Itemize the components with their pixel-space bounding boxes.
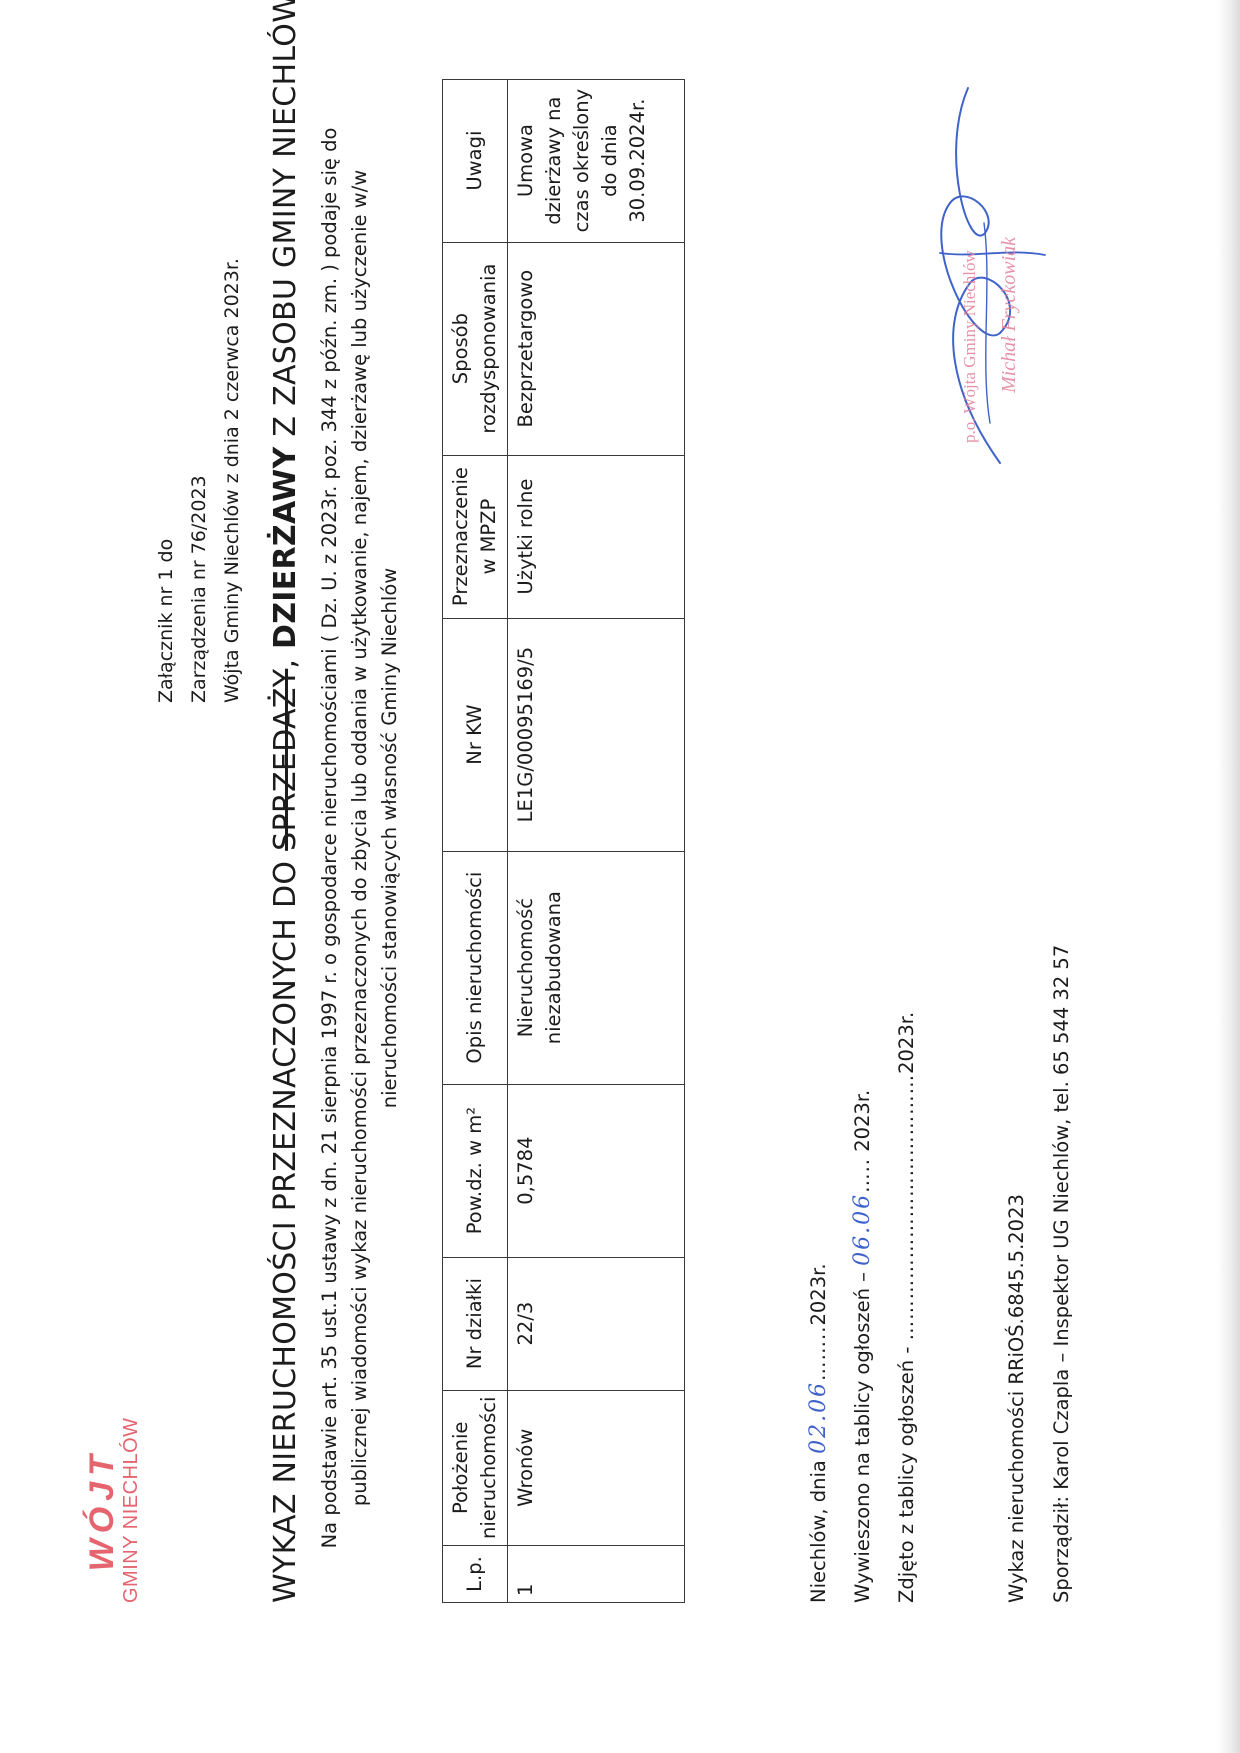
header-method: Sposób rozdysponowania xyxy=(443,242,508,455)
removed-dots: ………………………………… xyxy=(895,1074,918,1341)
title-struck-word: SPRZEDAŻY xyxy=(268,669,303,851)
scan-edge-shadow xyxy=(1218,0,1240,1753)
header-lp: L.p. xyxy=(443,1546,508,1603)
cell-description: Nieruchomość niezabudowana xyxy=(508,851,685,1084)
header-kw: Nr KW xyxy=(443,618,508,851)
signature-name: Michał Fryckowiak xyxy=(998,237,1021,393)
title-bold-word: DZIERŻAWY xyxy=(268,446,303,649)
prepared-by: Sporządził: Karol Czapla – Inspektor UG … xyxy=(1050,945,1073,1603)
attachment-line-1: Załącznik nr 1 do xyxy=(150,258,183,703)
header-plot: Nr działki xyxy=(443,1257,508,1390)
cell-remarks: Umowa dzierżawy na czas określony do dni… xyxy=(508,79,685,242)
table-header-row: L.p. Położenie nieruchomości Nr działki … xyxy=(443,79,508,1602)
issue-date-label: Niechlów, dnia xyxy=(807,1454,830,1603)
title-prefix: WYKAZ NIERUCHOMOŚCI PRZEZNACZONYCH DO xyxy=(268,851,303,1603)
posted-date-handwritten: 06.06 xyxy=(850,1193,875,1266)
title-suffix: Z ZASOBU GMINY NIECHLÓW xyxy=(268,0,303,446)
header-description: Opis nieruchomości xyxy=(443,851,508,1084)
attachment-line-2: Zarządzenia nr 76/2023 xyxy=(183,258,216,703)
cell-purpose: Użytki rolne xyxy=(508,455,685,618)
stamp-subtitle: GMINY NIECHLÓW xyxy=(121,1417,142,1603)
header-area: Pow.dz. w m² xyxy=(443,1084,508,1257)
posted-date-suffix: 2023r. xyxy=(851,1090,874,1158)
cell-lp: 1 xyxy=(508,1546,685,1603)
handwritten-signature-icon xyxy=(880,63,1080,483)
signature-block: p.o. Wójta Gminy Niechlów Michał Fryckow… xyxy=(880,63,1080,483)
document-title: WYKAZ NIERUCHOMOŚCI PRZEZNACZONYCH DO SP… xyxy=(268,0,303,1603)
posted-date-dots: ….. xyxy=(851,1158,874,1193)
stamp-title: WÓJT xyxy=(85,1417,121,1603)
removed-date-line: Zdjęto z tablicy ogłoszeń - ………………………………… xyxy=(895,1012,918,1603)
cell-kw: LE1G/00095169/5 xyxy=(508,618,685,851)
cell-plot: 22/3 xyxy=(508,1257,685,1390)
property-table: L.p. Położenie nieruchomości Nr działki … xyxy=(442,79,685,1603)
attachment-line-3: Wójta Gminy Niechlów z dnia 2 czerwca 20… xyxy=(216,258,249,703)
table-row: 1 Wronów 22/3 0,5784 Nieruchomość niezab… xyxy=(508,79,685,1602)
signature-title: p.o. Wójta Gminy Niechlów xyxy=(960,250,980,443)
issue-date-handwritten: 02.06 xyxy=(806,1381,831,1454)
issue-date-dots: …….. xyxy=(807,1326,830,1381)
reference-number: Wykaz nieruchomości RRiOŚ.6845.5.2023 xyxy=(1005,1194,1028,1603)
header-purpose: Przeznaczenie w MPZP xyxy=(443,455,508,618)
issue-date-suffix: 2023r. xyxy=(807,1263,830,1325)
header-remarks: Uwagi xyxy=(443,79,508,242)
cell-location: Wronów xyxy=(508,1390,685,1545)
posted-date-line: Wywieszono na tablicy ogłoszeń – 06.06….… xyxy=(850,1090,875,1603)
removed-suffix: 2023r. xyxy=(895,1012,918,1074)
office-stamp: WÓJT GMINY NIECHLÓW xyxy=(85,1417,142,1603)
attachment-note: Załącznik nr 1 do Zarządzenia nr 76/2023… xyxy=(150,258,249,703)
cell-area: 0,5784 xyxy=(508,1084,685,1257)
cell-method: Bezprzetargowo xyxy=(508,242,685,455)
posted-label: Wywieszono na tablicy ogłoszeń – xyxy=(851,1266,874,1603)
issue-date-line: Niechlów, dnia 02.06……..2023r. xyxy=(806,1263,831,1603)
document-page: WÓJT GMINY NIECHLÓW Załącznik nr 1 do Za… xyxy=(0,0,1240,1753)
title-separator: , xyxy=(268,649,303,669)
legal-basis-paragraph: Na podstawie art. 35 ust.1 ustawy z dn. … xyxy=(315,118,405,1558)
removed-label: Zdjęto z tablicy ogłoszeń - xyxy=(895,1340,918,1603)
header-location: Położenie nieruchomości xyxy=(443,1390,508,1545)
